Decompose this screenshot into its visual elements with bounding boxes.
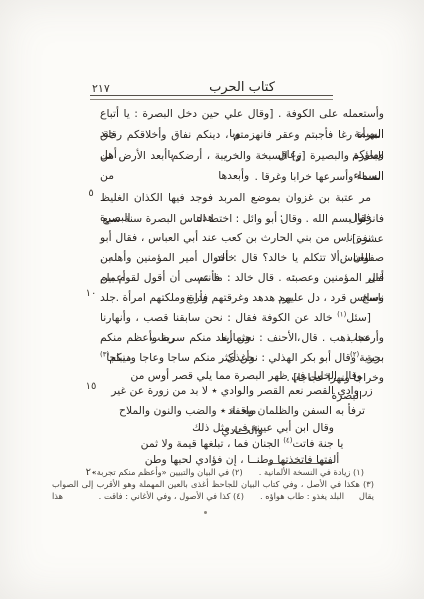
verse-line: زر وادي القصر نعم القصر والوادي ٭ لا بد … — [100, 381, 384, 401]
footnote-4: (٤) كذا في الأصول ، وفي الأغاني : فاقت . — [99, 490, 244, 502]
text-line: صفوان : ألا تتكلم يا خالد؟ قال : أخوال أ… — [100, 248, 384, 268]
footnote-line: (١) زيادة في النسخة الألمانية . (٢) في ا… — [52, 466, 374, 478]
text-line: البصرة والبصيرة [و] السبخة والخريبة ، أر… — [100, 146, 384, 166]
ink-speck — [204, 511, 207, 514]
text-line: مر عتبة بن غزوان بموضع المربد فوجد فيها … — [100, 188, 384, 208]
text-line: برية . وقال أبو بكر الهذلي : نحن أكثر من… — [100, 348, 384, 368]
footnote-line: البلد يغذو : طاب هواؤه . (٤) كذا في الأص… — [52, 490, 374, 502]
margin-line-number-10: ١٠ — [80, 288, 102, 299]
book-title: كتاب الحرب — [100, 80, 384, 95]
footnote-1: (١) زيادة في النسخة الألمانية . — [259, 466, 364, 478]
margin-line-number-15: ١٥ — [80, 381, 102, 392]
margin-line-number-5: ٥ — [80, 188, 102, 199]
footnote-2: (٢) في البيان والتبيين «وأعظم منكم تجربة… — [86, 466, 242, 478]
text-line: وسائس قرد ، دل عليهم هدهد وغرقتهم فأرة و… — [100, 288, 384, 308]
text-line: وأرضنا ذهب . قال الأحنف : نحن أبعد منكم … — [100, 328, 384, 348]
scanned-book-page: ٢١٧ كتاب الحرب ٥ ١٠ ١٥ ٢٠ وأستعمله على ا… — [0, 0, 424, 599]
text-line: نفر ناس من بني الحارث بن كعب عند أبي الع… — [100, 228, 384, 248]
text-line: فانزلوا بسم الله . وقال أبو وائل : اختط … — [100, 209, 384, 229]
text-line: المــاء وأسرعها خرابا وغرقا . — [100, 167, 384, 187]
text-line: أمير المؤمنين وعصبته . قال خالد : ما عسى… — [100, 268, 384, 288]
body-text: وأستعمله على الكوفة . [وقال علي حين دخل … — [100, 104, 384, 456]
text-line: وأستعمله على الكوفة . [وقال علي حين دخل … — [100, 104, 384, 124]
text-line: [سئل(١) خالد عن الكوفة فقال : نحن سابقنا… — [100, 308, 384, 328]
footnote-line: (٣) هكذا في الأصل ، وفي كتاب البيان للجا… — [52, 478, 374, 490]
text-line: المرأة رغا فأجبتم وعقر فانهزمتم ، دينكم … — [100, 125, 384, 145]
header-rule — [90, 95, 333, 100]
footnote-separator — [268, 463, 332, 464]
footnote-3-continuation: البلد يغذو : طاب هواؤه . — [260, 490, 344, 502]
